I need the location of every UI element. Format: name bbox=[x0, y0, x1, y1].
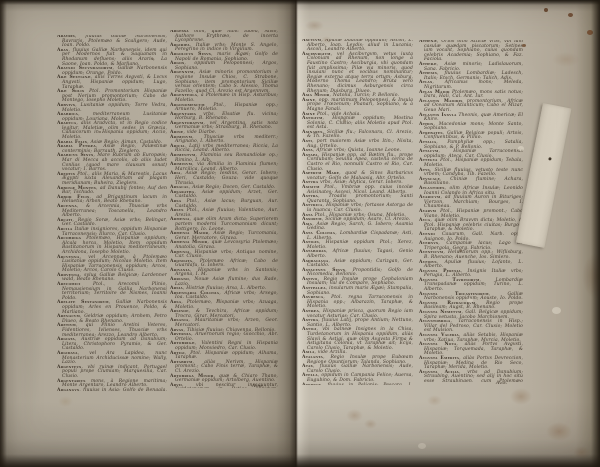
vignette bbox=[0, 0, 600, 467]
book-photo: Aravris, fluuius Galliæ Narbonensis, Rav… bbox=[0, 0, 600, 467]
